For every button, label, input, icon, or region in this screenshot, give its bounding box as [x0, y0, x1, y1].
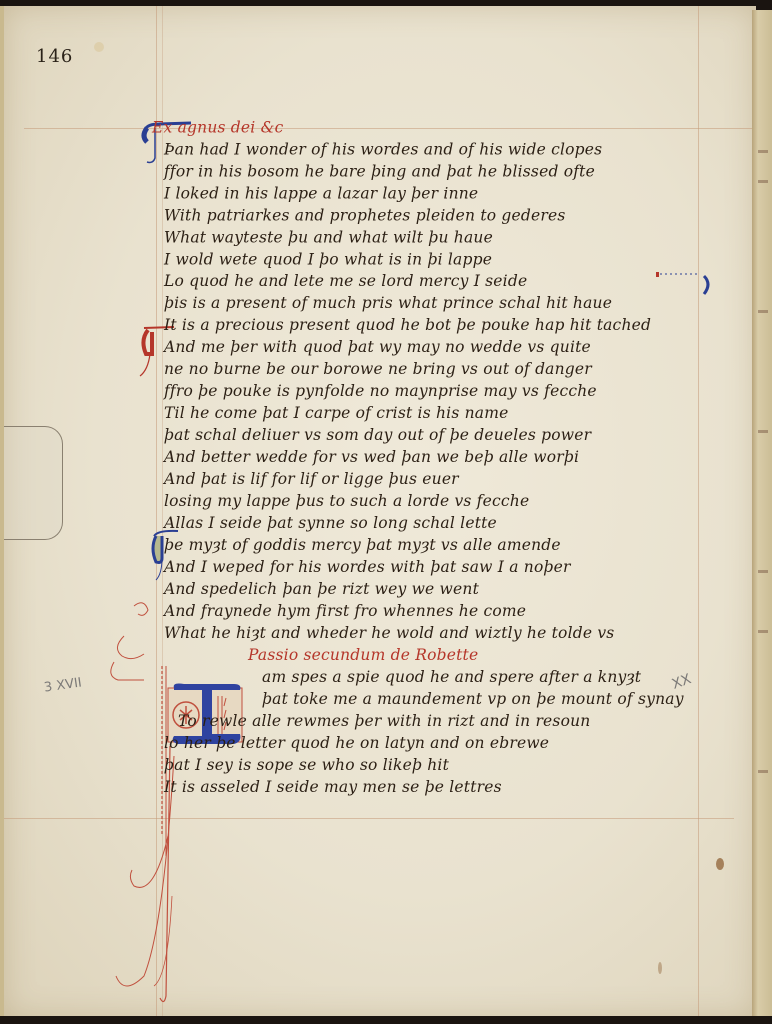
text-line: Allas I seide þat synne so long schal le…	[164, 514, 497, 533]
folio-number: 146	[36, 46, 73, 67]
pen-flourish-marginal-icon	[104, 596, 214, 1016]
book-edge-shadow	[0, 1016, 772, 1024]
text-line: I loked in his lappe a lazar lay þer inn…	[164, 184, 478, 203]
text-line: And better wedde for vs wed þan we beþ a…	[164, 448, 579, 467]
foxing-stain	[94, 42, 104, 52]
text-line: losing my lappe þus to such a lorde vs f…	[164, 492, 529, 511]
page-tab-marker	[4, 426, 63, 540]
ink-stain	[658, 962, 662, 974]
text-line: þe myȝt of goddis mercy þat myȝt vs alle…	[164, 536, 561, 555]
text-line: ffro þe pouke is pynfolde no maynprise m…	[164, 382, 597, 401]
text-line: am spes a spie quod he and spere after a…	[262, 668, 641, 687]
text-line: With patriarkes and prophetes pleiden to…	[164, 206, 566, 225]
text-line: þat schal deliuer vs som day out of þe d…	[164, 426, 591, 445]
text-line: And fraynede hym first fro whennes he co…	[164, 602, 526, 621]
text-line: Lo quod he and lete me se lord mercy I s…	[164, 272, 527, 291]
ruling-horizontal-top	[24, 128, 754, 129]
text-line: To rewle alle rewmes þer with in rizt an…	[178, 712, 590, 731]
rubric-heading-top: Ex agnus dei &c	[152, 118, 283, 137]
text-line: ffor in his bosom he bare þing and þat h…	[164, 162, 595, 181]
text-line: And spedelich þan þe rizt wey we went	[164, 580, 479, 599]
text-line: What wayteste þu and what wilt þu haue	[164, 228, 493, 247]
rubric-heading-lower: Passio secundum de Robette	[248, 646, 478, 665]
text-line: ne no burne be our borowe ne bring vs ou…	[164, 360, 592, 379]
ruling-vertical-right	[698, 6, 699, 1016]
text-line: I wold wete quod I þo what is in þi lapp…	[164, 250, 492, 269]
text-line: And me þer with quod þat wy may no wedde…	[164, 338, 591, 357]
text-line: And þat is lif for lif or ligge þus euer	[164, 470, 459, 489]
text-line: Þan had I wonder of his wordes and of hi…	[164, 140, 602, 159]
adjacent-page-edge	[752, 10, 772, 1020]
manuscript-page: 146 3 XVII XX	[0, 6, 756, 1018]
text-line: þat I sey is sope se who so likeþ hit	[164, 756, 449, 775]
text-line: þat toke me a maundement vp on þe mount …	[262, 690, 684, 709]
paraph-guide-mark-icon	[656, 270, 716, 300]
text-line: Til he come þat I carpe of crist is his …	[164, 404, 509, 423]
text-line: It is asseled I seide may men se þe lett…	[164, 778, 502, 797]
text-line: It is a precious present quod he bot þe …	[164, 316, 651, 335]
text-line: lo her þe letter quod he on latyn and on…	[164, 734, 549, 753]
text-line: þis is a present of much pris what princ…	[164, 294, 612, 313]
ink-stain	[716, 858, 724, 870]
text-line: What he hiȝt and wheder he wold and wizt…	[164, 624, 614, 643]
text-line: And I weped for his wordes with þat saw …	[164, 558, 571, 577]
pencil-marginalia-left: 3 XVII	[43, 675, 83, 695]
